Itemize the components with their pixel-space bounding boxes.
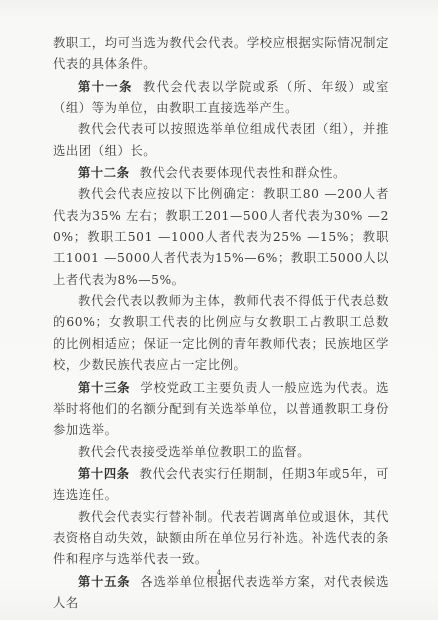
paragraph: 教代会代表接受选举单位教职工的监督。 (53, 442, 389, 463)
paragraph-article-12: 第十二条教代会代表要体现代表性和群众性。 (53, 162, 389, 184)
paragraph-text: 教代会代表实行替补制。代表若调离单位或退休，其代表资格自动失效，缺额由所在单位另… (53, 510, 389, 567)
page-number: 4 (0, 569, 438, 577)
article-heading: 第十三条 (78, 380, 130, 395)
paragraph: 教代会代表应按以下比例确定：教职工80 —200人者代表为35% 左右；教职工2… (53, 184, 389, 291)
article-heading: 第十一条 (78, 79, 133, 94)
paragraph-text: 教代会代表以教师为主体，教师代表不得低于代表总数的60%；女教职工代表的比例应与… (53, 294, 389, 372)
paragraph: 教职工，均可当选为教代会代表。学校应根据实际情况制定代表的具体条件。 (53, 33, 389, 76)
paragraph-article-11: 第十一条教代会代表以学院或系（所、年级）或室（组）等为单位，由教职工直接选举产生… (53, 76, 389, 120)
paragraph-article-13: 第十三条学校党政工主要负责人一般应选为代表。选举时将他们的名额分配到有关选举单位… (53, 377, 389, 442)
paragraph: 教代会代表实行替补制。代表若调离单位或退休，其代表资格自动失效，缺额由所在单位另… (53, 507, 389, 571)
article-heading: 第十四条 (78, 466, 130, 481)
paragraph-text: 教代会代表接受选举单位教职工的监督。 (78, 445, 310, 459)
document-body: 教职工，均可当选为教代会代表。学校应根据实际情况制定代表的具体条件。 第十一条教… (53, 33, 389, 614)
paragraph-text: 教代会代表应按以下比例确定：教职工80 —200人者代表为35% 左右；教职工2… (53, 187, 389, 286)
paragraph-text: 教代会代表要体现代表性和群众性。 (140, 166, 346, 180)
paragraph-text: 教职工，均可当选为教代会代表。学校应根据实际情况制定代表的具体条件。 (53, 36, 389, 71)
paragraph: 教代会代表以教师为主体，教师代表不得低于代表总数的60%；女教职工代表的比例应与… (53, 291, 389, 376)
paragraph-article-14: 第十四条教代会代表实行任期制，任期3年或5年，可连选连任。 (53, 463, 389, 507)
paragraph: 教代会代表可以按照选举单位组成代表团（组），并推选出团（组）长。 (53, 119, 389, 162)
paragraph-text: 教代会代表可以按照选举单位组成代表团（组），并推选出团（组）长。 (53, 122, 389, 157)
paragraph-article-15: 第十五条各选举单位根据代表选举方案，对代表候选人名 (53, 571, 389, 615)
article-heading: 第十二条 (78, 165, 130, 180)
document-page: 教职工，均可当选为教代会代表。学校应根据实际情况制定代表的具体条件。 第十一条教… (0, 0, 438, 620)
